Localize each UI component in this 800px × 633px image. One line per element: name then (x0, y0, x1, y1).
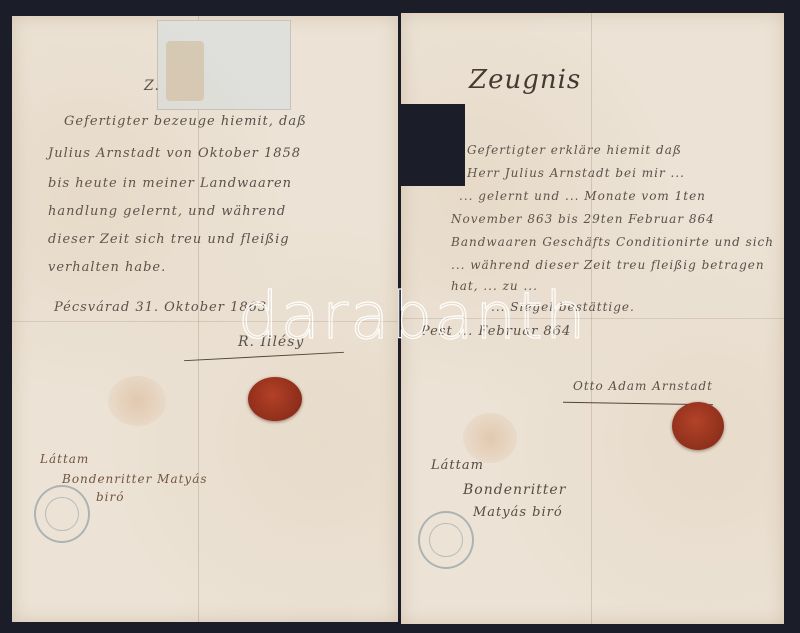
body-line: bis heute in meiner Landwaaren (48, 176, 292, 191)
body-line: Gefertigter bezeuge hiemit, daß (64, 114, 307, 129)
ink-stamp (418, 511, 474, 569)
document-title: Zeugnis (469, 65, 581, 95)
endorsement-label: Láttam (40, 452, 89, 466)
wax-seal (672, 402, 724, 450)
body-line: Bandwaaren Geschäfts Conditionirte und s… (451, 235, 774, 249)
body-line: Gefertigter erkläre hiemit daß (467, 143, 682, 157)
body-line: handlung gelernt, und während (48, 204, 286, 219)
body-line: verhalten habe. (48, 260, 166, 275)
endorsement-name: Bondenritter Matyás (62, 472, 208, 486)
seal-ghost (108, 376, 166, 426)
body-line: Herr Julius Arnstadt bei mir ... (467, 166, 685, 180)
wax-seal (248, 377, 302, 421)
watermark: darabanth (238, 280, 587, 354)
signature: Otto Adam Arnstadt (573, 379, 713, 393)
body-line: ... während dieser Zeit treu fleißig bet… (451, 258, 765, 272)
ink-stamp (34, 485, 90, 543)
stain (166, 41, 204, 101)
paper-cutout (401, 104, 465, 186)
paper-slip (157, 20, 291, 110)
endorsement-name: Bondenritter (463, 482, 566, 498)
seal-ghost (463, 413, 517, 463)
body-line: ... gelernt und ... Monate vom 1ten (459, 189, 706, 203)
body-line: November 863 bis 29ten Februar 864 (451, 212, 715, 226)
endorsement-name-continued: Matyás biró (473, 505, 563, 520)
place-date: Pécsvárad 31. Oktober 1863 (54, 300, 267, 315)
endorsement-title: biró (96, 490, 124, 504)
heading-fragment: Z. (144, 78, 160, 94)
body-line: Julius Arnstadt von Oktober 1858 (48, 146, 301, 161)
endorsement-label: Láttam (431, 458, 484, 473)
body-line: dieser Zeit sich treu und fleißig (48, 232, 290, 247)
